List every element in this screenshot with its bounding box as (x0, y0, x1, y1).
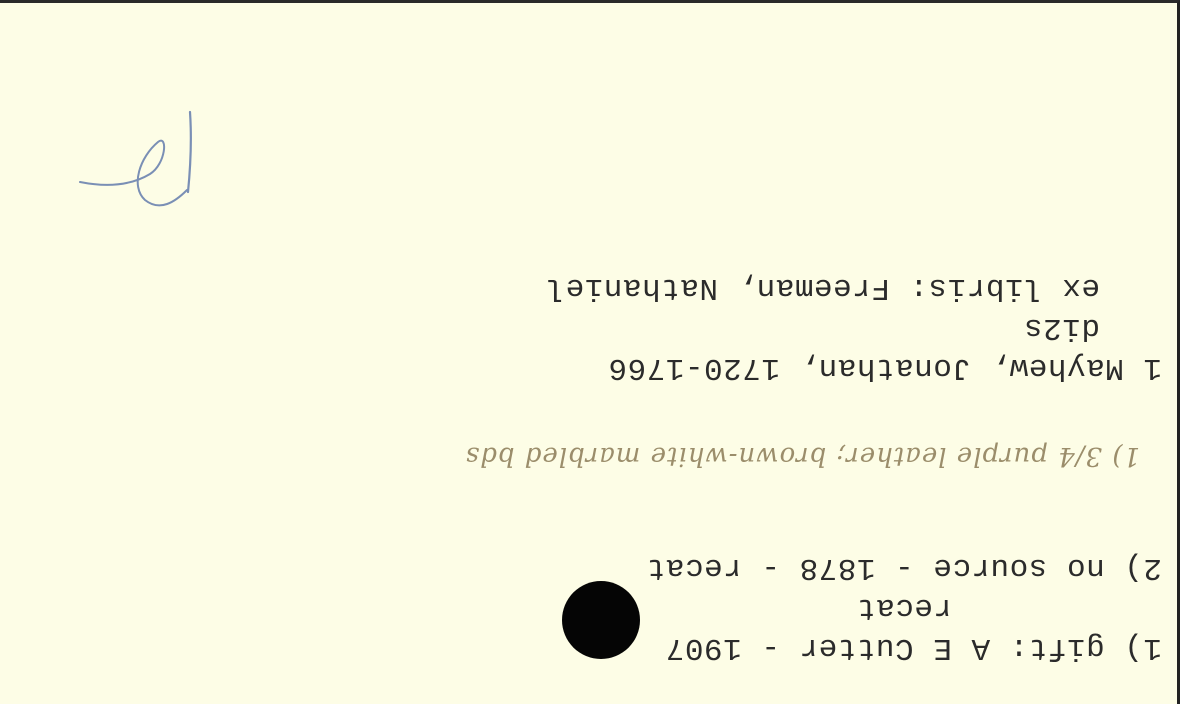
provenance-line-2: 2) no source - 1878 - recat (646, 550, 1162, 585)
catalog-card: 1) gift: A E Cutter - 1907 recat 2) no s… (0, 0, 1180, 704)
punch-hole-icon (562, 581, 640, 659)
provenance-line-1: 1) gift: A E Cutter - 1907 (665, 630, 1162, 665)
entry-line-1: 1 Mayhew, Jonathan, 1720-1766 (608, 350, 1162, 385)
handwritten-binding-note: 1) 3/4 purple leather; brown-white marbl… (465, 441, 1140, 471)
pencil-scribble-icon (70, 102, 220, 252)
card-content-rotated: 1) gift: A E Cutter - 1907 recat 2) no s… (0, 3, 1180, 704)
entry-line-2: di2s (1024, 310, 1100, 345)
provenance-line-1-cont: recat (856, 590, 952, 625)
entry-line-3: ex libris: Freeman, Nathaniel (546, 270, 1100, 305)
